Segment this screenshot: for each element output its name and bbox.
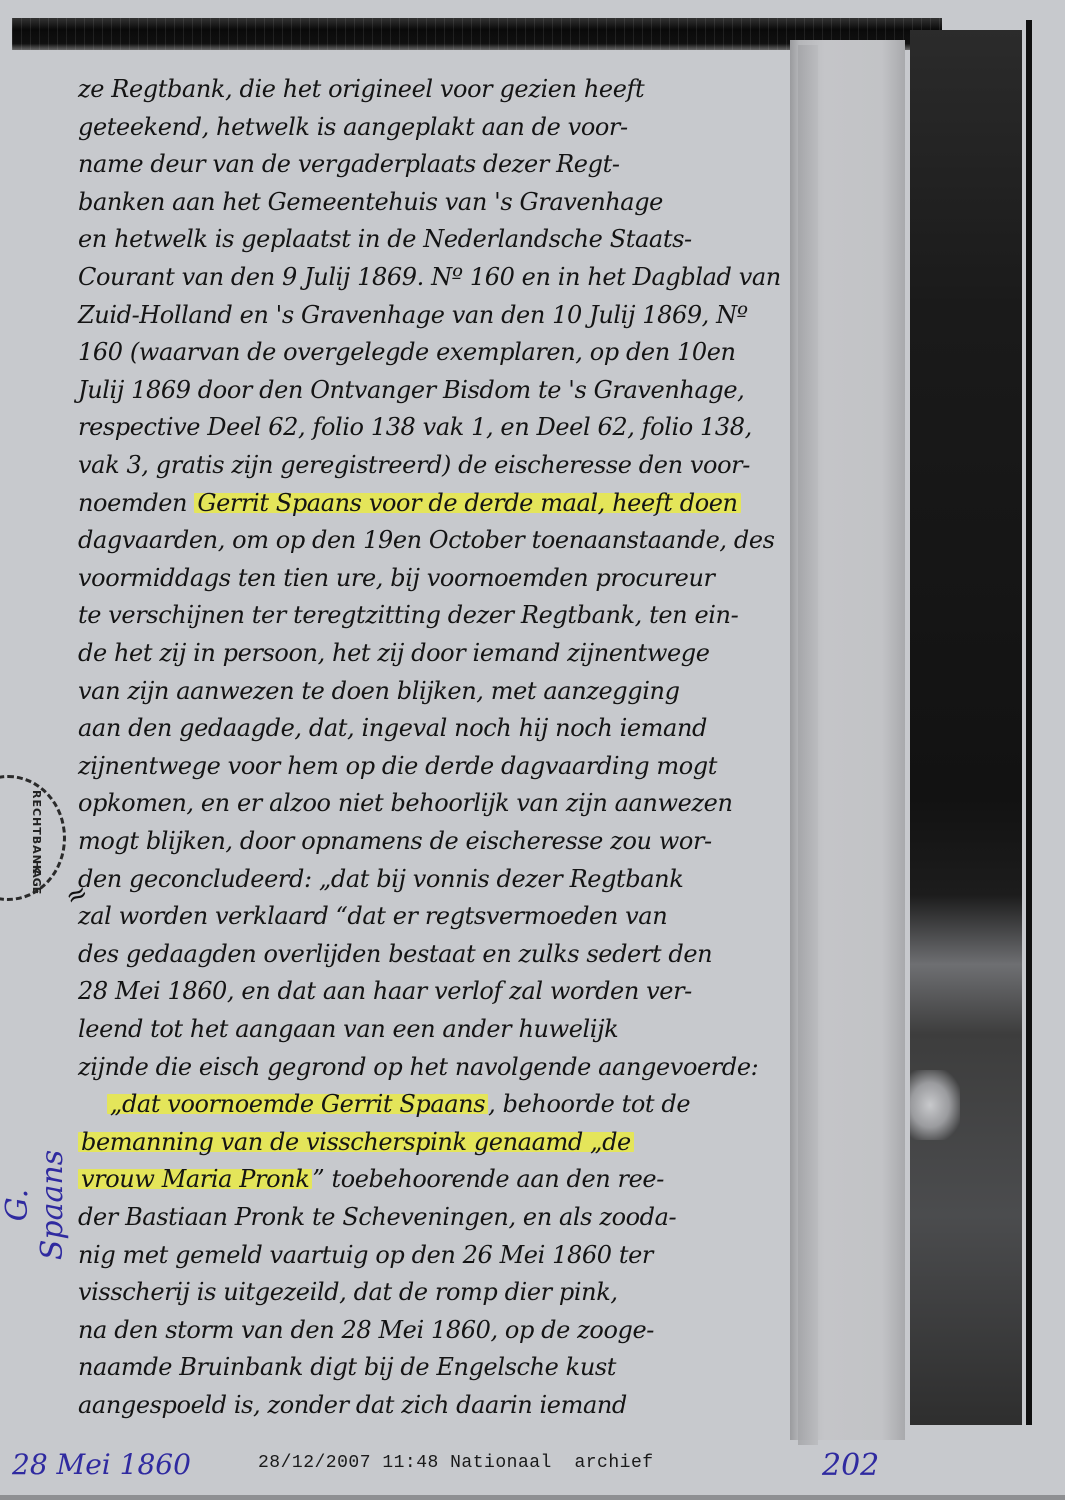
text-line-segment: noemden (78, 489, 194, 517)
text-line: dagvaarden, om op den 19en October toena… (78, 521, 798, 559)
text-line: visscherij is uitgezeild, dat de romp di… (78, 1273, 798, 1311)
text-line: van zijn aanwezen te doen blijken, met a… (78, 672, 798, 710)
text-line: naamde Bruinbank digt bij de Engelsche k… (78, 1348, 798, 1386)
fax-timestamp-footer: 28/12/2007 11:48 Nationaal archief (258, 1453, 654, 1473)
text-line: aan den gedaagde, dat, ingeval noch hij … (78, 709, 798, 747)
scan-margin-shadow (798, 45, 818, 1445)
scan-edge-line (1026, 20, 1032, 1425)
highlighted-text: vrouw Maria Pronk (78, 1165, 312, 1193)
highlighted-text: Gerrit Spaans voor de derde maal, heeft … (194, 489, 740, 517)
date-annotation: 28 Mei 1860 (12, 1448, 191, 1481)
text-line: vak 3, gratis zijn geregistreerd) de eis… (78, 446, 798, 484)
text-line: zijnde die eisch gegrond op het navolgen… (78, 1048, 798, 1086)
text-line: den geconcludeerd: „dat bij vonnis dezer… (78, 860, 798, 898)
page-number-annotation: 202 (822, 1448, 879, 1483)
text-line: aangespoeld is, zonder dat zich daarin i… (78, 1386, 798, 1424)
highlighted-text: „dat voornoemde Gerrit Spaans (107, 1090, 488, 1118)
text-line-segment (78, 1090, 107, 1118)
text-line: ze Regtbank, die het origineel voor gezi… (78, 70, 798, 108)
text-line: „dat voornoemde Gerrit Spaans, behoorde … (78, 1085, 798, 1123)
text-line: zal worden verklaard “dat er regtsvermoe… (78, 897, 798, 935)
margin-name-annotation: G. Spaans (0, 1130, 70, 1280)
text-line: Zuid-Holland en 's Gravenhage van den 10… (78, 296, 798, 334)
text-line: Julij 1869 door den Ontvanger Bisdom te … (78, 371, 798, 409)
text-line: mogt blijken, door opnamens de eischeres… (78, 822, 798, 860)
text-line: respective Deel 62, folio 138 vak 1, en … (78, 408, 798, 446)
text-line: banken aan het Gemeentehuis van 's Grave… (78, 183, 798, 221)
stamp-text-bottom: HAGE (30, 860, 43, 894)
text-line: leend tot het aangaan van een ander huwe… (78, 1010, 798, 1048)
text-line: opkomen, en er alzoo niet behoorlijk van… (78, 784, 798, 822)
text-line: geteekend, hetwelk is aangeplakt aan de … (78, 108, 798, 146)
text-line: noemden Gerrit Spaans voor de derde maal… (78, 484, 798, 522)
text-line: Courant van den 9 Julij 1869. Nº 160 en … (78, 258, 798, 296)
text-line: name deur van de vergaderplaats dezer Re… (78, 145, 798, 183)
text-line: de het zij in persoon, het zij door iema… (78, 634, 798, 672)
text-line: zijnentwege voor hem op die derde dagvaa… (78, 747, 798, 785)
text-line: des gedaagden overlijden bestaat en zulk… (78, 935, 798, 973)
scanned-document-page: ze Regtbank, die het origineel voor gezi… (0, 0, 1065, 1500)
text-line: der Bastiaan Pronk te Scheveningen, en a… (78, 1198, 798, 1236)
scan-glare (910, 1070, 960, 1140)
text-line: 28 Mei 1860, en dat aan haar verlof zal … (78, 972, 798, 1010)
text-line: voormiddags ten tien ure, bij voornoemde… (78, 559, 798, 597)
text-line-segment: , behoorde tot de (488, 1090, 690, 1118)
text-line: nig met gemeld vaartuig op den 26 Mei 18… (78, 1236, 798, 1274)
scan-binding-band (910, 30, 1022, 1425)
text-line: en hetwelk is geplaatst in de Nederlands… (78, 220, 798, 258)
text-line: vrouw Maria Pronk” toebehoorende aan den… (78, 1160, 798, 1198)
text-line: 160 (waarvan de overgelegde exemplaren, … (78, 333, 798, 371)
text-line: te verschijnen ter teregtzitting dezer R… (78, 596, 798, 634)
text-line-segment: ” toebehoorende aan den ree- (312, 1165, 664, 1193)
text-line: bemanning van de visscherspink genaamd „… (78, 1123, 798, 1161)
text-line: na den storm van den 28 Mei 1860, op de … (78, 1311, 798, 1349)
highlighted-text: bemanning van de visscherspink genaamd „… (78, 1128, 634, 1156)
scan-bottom-edge (0, 1495, 1065, 1500)
